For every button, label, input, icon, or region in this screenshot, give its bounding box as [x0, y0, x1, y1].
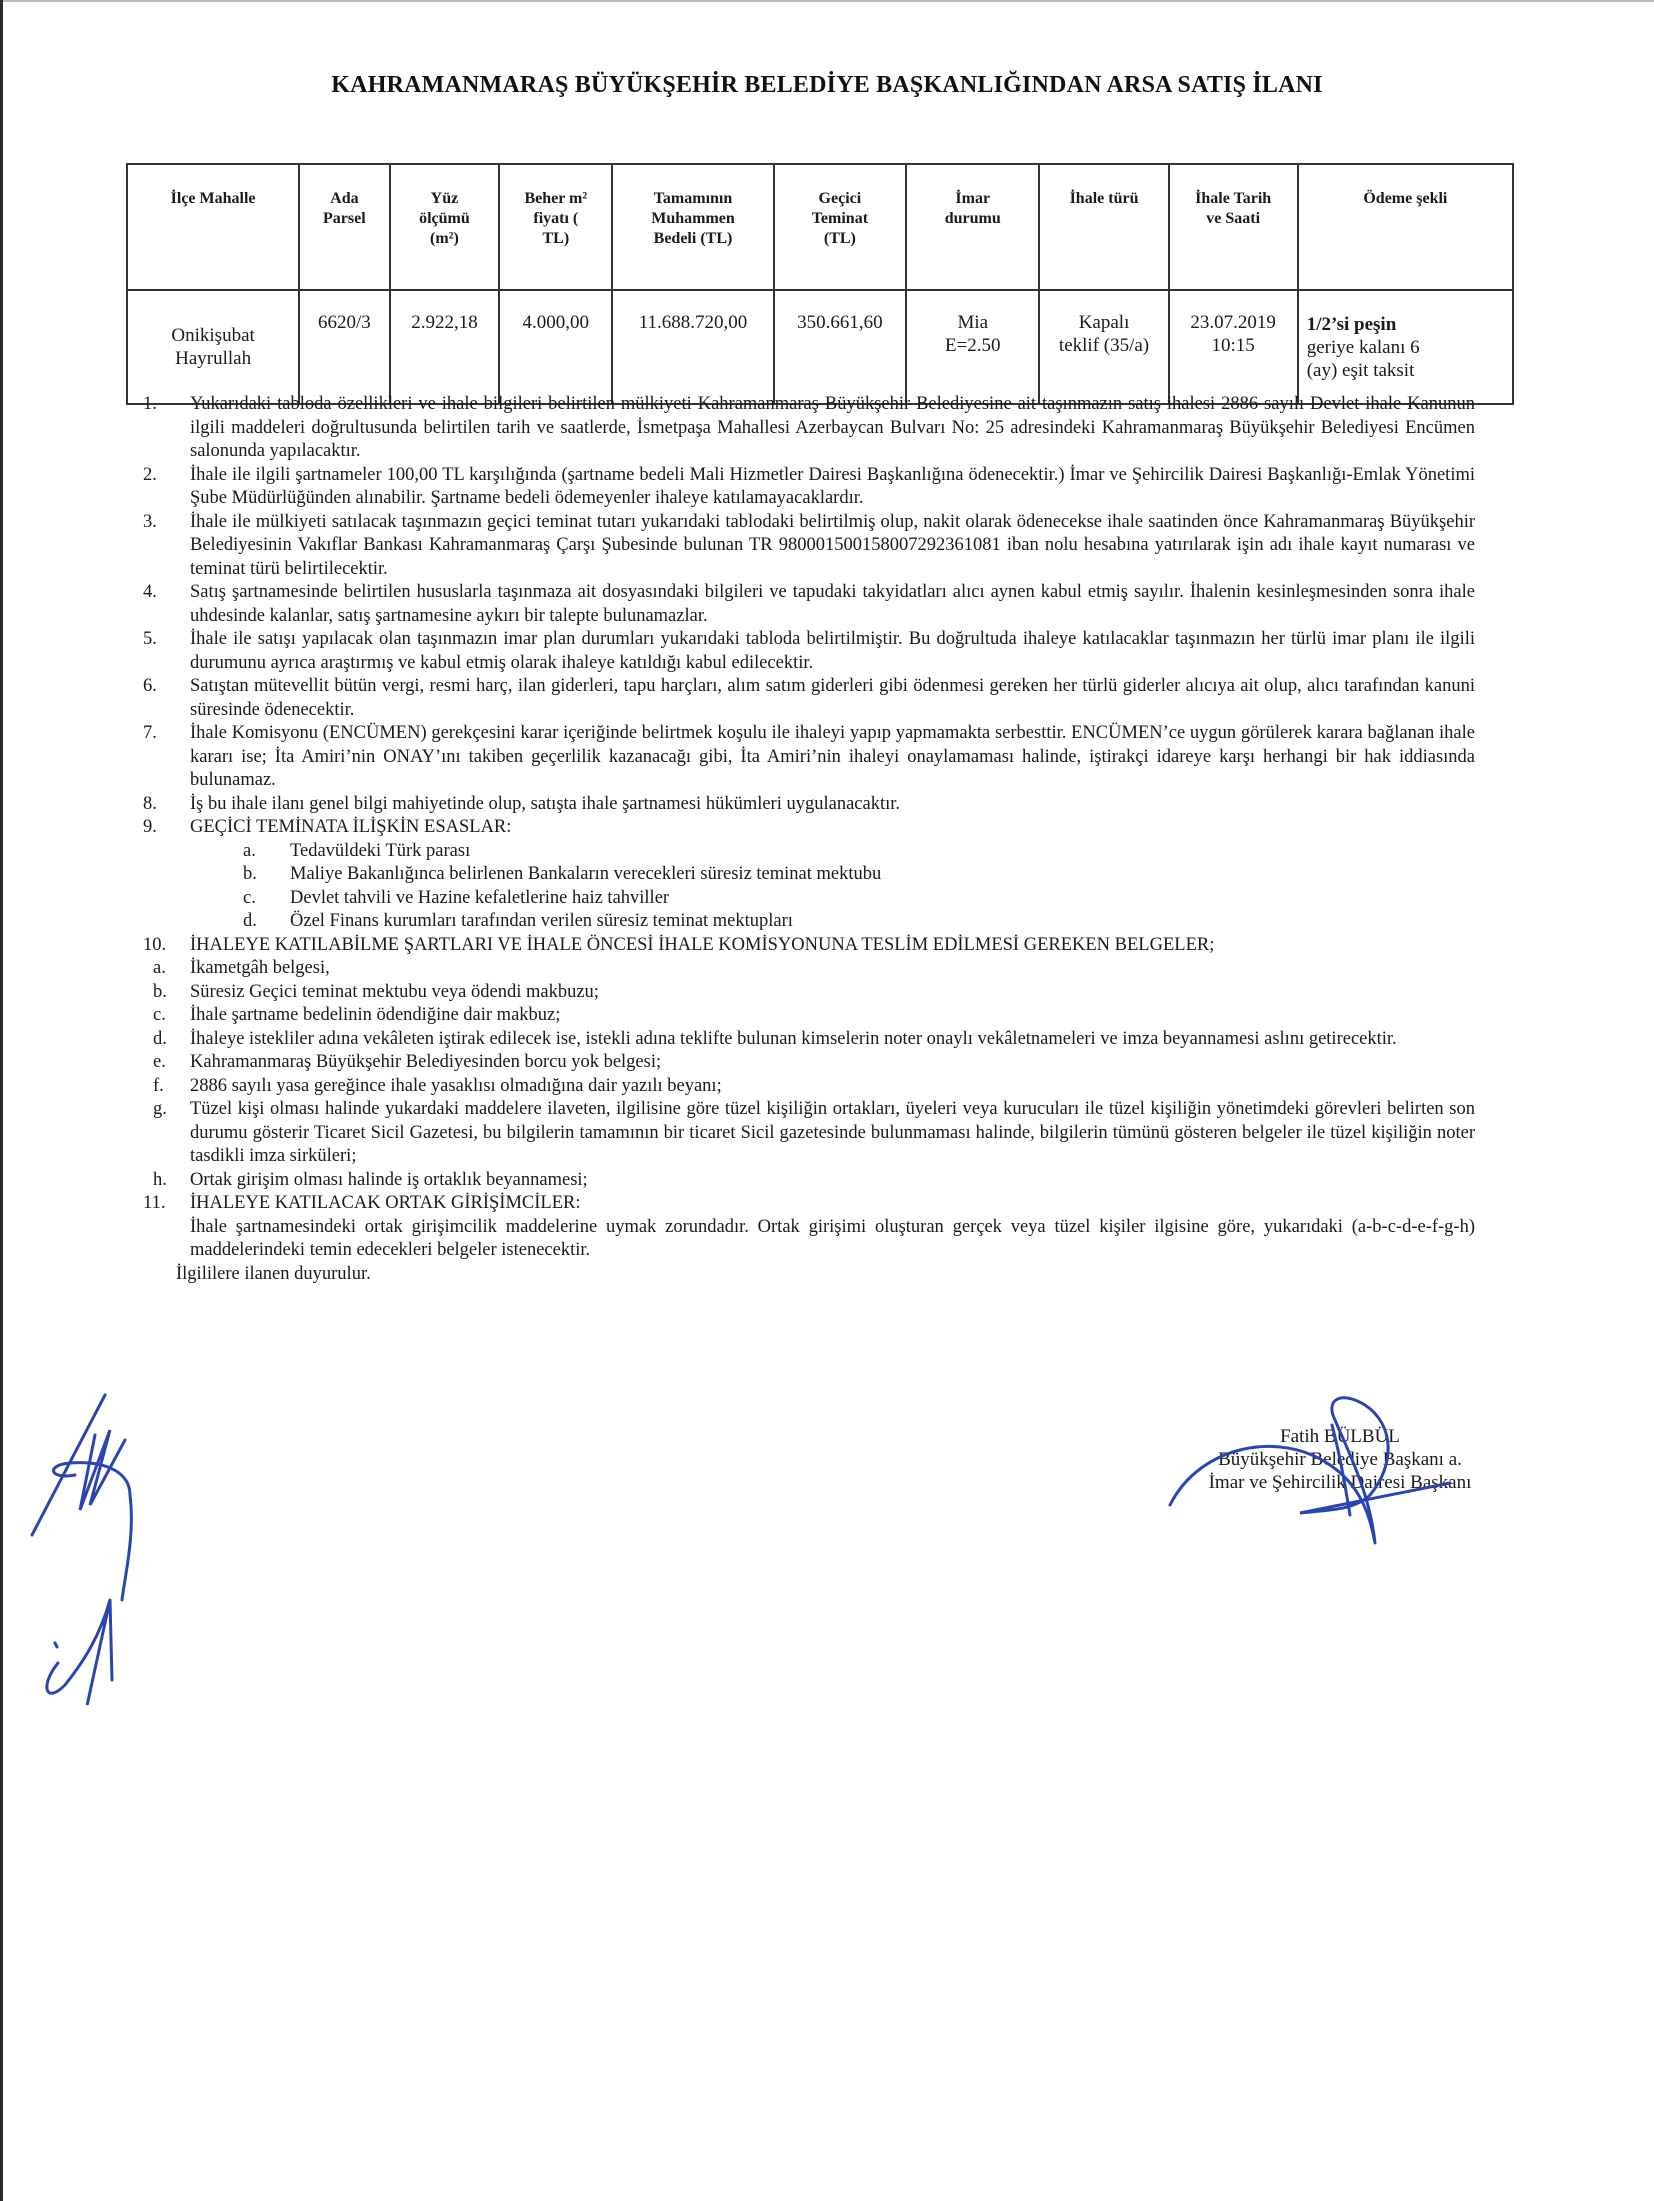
header-imar-durumu: İmardurumu	[906, 164, 1039, 290]
header-beher-m2-fiyati: Beher m²fiyatı (TL)	[499, 164, 612, 290]
header-yuz-olcumu: Yüzölçümü(m²)	[390, 164, 500, 290]
signature-block: Fatih BÜLBÜL Büyükşehir Belediye Başkanı…	[1160, 1425, 1520, 1494]
header-odeme-sekli: Ödeme şekli	[1298, 164, 1513, 290]
cell-odeme-sekli: 1/2’si peşin geriye kalanı 6 (ay) eşit t…	[1298, 290, 1513, 404]
clause-10-item: e.Kahramanmaraş Büyükşehir Belediyesinde…	[143, 1051, 1475, 1075]
table-header-row: İlçe MahalleAdaParselYüzölçümü(m²)Beher …	[127, 164, 1513, 290]
page-title: KAHRAMANMARAŞ BÜYÜKŞEHİR BELEDİYE BAŞKAN…	[0, 72, 1654, 99]
clause-11-heading: İHALEYE KATILACAK ORTAK GİRİŞİMCİLER:	[190, 1192, 1475, 1216]
cell-muhammen-bedel: 11.688.720,00	[612, 290, 773, 404]
clause-9: 9. GEÇİCİ TEMİNATA İLİŞKİN ESASLAR:	[143, 816, 1475, 840]
clause-10-item: d.İhaleye istekliler adına vekâleten işt…	[143, 1028, 1475, 1052]
clause-1: 1.Yukarıdaki tabloda özellikleri ve ihal…	[143, 393, 1475, 464]
clause-2: 2.İhale ile ilgili şartnameler 100,00 TL…	[143, 464, 1475, 511]
clause-9-heading: GEÇİCİ TEMİNATA İLİŞKİN ESASLAR:	[190, 816, 1475, 840]
signatory-title-1: Büyükşehir Belediye Başkanı a.	[1160, 1448, 1520, 1471]
clause-9-items: a.Tedavüldeki Türk parasıb.Maliye Bakanl…	[143, 840, 1475, 934]
scan-edge-left	[0, 0, 3, 2201]
cell-imar-durumu: Mia E=2.50	[906, 290, 1039, 404]
header-ihale-turu: İhale türü	[1039, 164, 1168, 290]
signatory-name: Fatih BÜLBÜL	[1160, 1425, 1520, 1448]
clause-8: 8.İş bu ihale ilanı genel bilgi mahiyeti…	[143, 793, 1475, 817]
clause-9-item: a.Tedavüldeki Türk parası	[143, 840, 1475, 864]
clause-10-item: f.2886 sayılı yasa gereğince ihale yasak…	[143, 1075, 1475, 1099]
signatory-title-2: İmar ve Şehircilik Dairesi Başkanı	[1160, 1471, 1520, 1494]
clause-10-item: c.İhale şartname bedelinin ödendiğine da…	[143, 1004, 1475, 1028]
clause-10-item: b.Süresiz Geçici teminat mektubu veya öd…	[143, 981, 1475, 1005]
cell-ihale-turu: Kapalı teklif (35/a)	[1039, 290, 1168, 404]
clause-10-items: a.İkametgâh belgesi,b.Süresiz Geçici tem…	[143, 957, 1475, 1192]
cell-ada-parsel: 6620/3	[299, 290, 389, 404]
cell-ilce-mahalle: Onikişubat Hayrullah	[127, 290, 299, 404]
clause-7: 7.İhale Komisyonu (ENCÜMEN) gerekçesini …	[143, 722, 1475, 793]
clause-10: 10. İHALEYE KATILABİLME ŞARTLARI VE İHAL…	[143, 934, 1475, 958]
cell-ihale-tarih-saat: 23.07.2019 10:15	[1169, 290, 1298, 404]
table-row: Onikişubat Hayrullah 6620/3 2.922,18 4.0…	[127, 290, 1513, 404]
clause-10-item: a.İkametgâh belgesi,	[143, 957, 1475, 981]
clause-9-item: c.Devlet tahvili ve Hazine kefaletlerine…	[143, 887, 1475, 911]
cell-beher-m2-fiyati: 4.000,00	[499, 290, 612, 404]
header-ihale-tarih-saat: İhale Tarihve Saati	[1169, 164, 1298, 290]
header-gecici-teminat: GeçiciTeminat(TL)	[774, 164, 906, 290]
cell-gecici-teminat: 350.661,60	[774, 290, 906, 404]
cell-yuz-olcumu: 2.922,18	[390, 290, 500, 404]
clause-10-item: h.Ortak girişim olması halinde iş ortakl…	[143, 1169, 1475, 1193]
clause-9-item: b.Maliye Bakanlığınca belirlenen Bankala…	[143, 863, 1475, 887]
clause-4: 4.Satış şartnamesinde belirtilen hususla…	[143, 581, 1475, 628]
clause-3: 3.İhale ile mülkiyeti satılacak taşınmaz…	[143, 511, 1475, 582]
clause-9-item: d.Özel Finans kurumları tarafından veril…	[143, 910, 1475, 934]
header-muhammen-bedel: TamamınınMuhammenBedeli (TL)	[612, 164, 773, 290]
header-ilce-mahalle: İlçe Mahalle	[127, 164, 299, 290]
terms-section: 1.Yukarıdaki tabloda özellikleri ve ihal…	[143, 393, 1475, 1286]
initials-scribble-left	[30, 1385, 150, 1705]
clause-11: 11. İHALEYE KATILACAK ORTAK GİRİŞİMCİLER…	[143, 1192, 1475, 1216]
clause-5: 5.İhale ile satışı yapılacak olan taşınm…	[143, 628, 1475, 675]
clause-10-item: g.Tüzel kişi olması halinde yukardaki ma…	[143, 1098, 1475, 1169]
clause-11-text: İhale şartnamesindeki ortak girişimcilik…	[143, 1216, 1475, 1263]
property-table: İlçe MahalleAdaParselYüzölçümü(m²)Beher …	[126, 163, 1514, 405]
clause-6: 6.Satıştan mütevellit bütün vergi, resmi…	[143, 675, 1475, 722]
scan-edge-top	[0, 0, 1654, 2]
closing-text: İlgililere ilanen duyurulur.	[143, 1263, 1475, 1287]
header-ada-parsel: AdaParsel	[299, 164, 389, 290]
clause-10-heading: İHALEYE KATILABİLME ŞARTLARI VE İHALE ÖN…	[190, 934, 1475, 958]
clause-list: 1.Yukarıdaki tabloda özellikleri ve ihal…	[143, 393, 1475, 816]
